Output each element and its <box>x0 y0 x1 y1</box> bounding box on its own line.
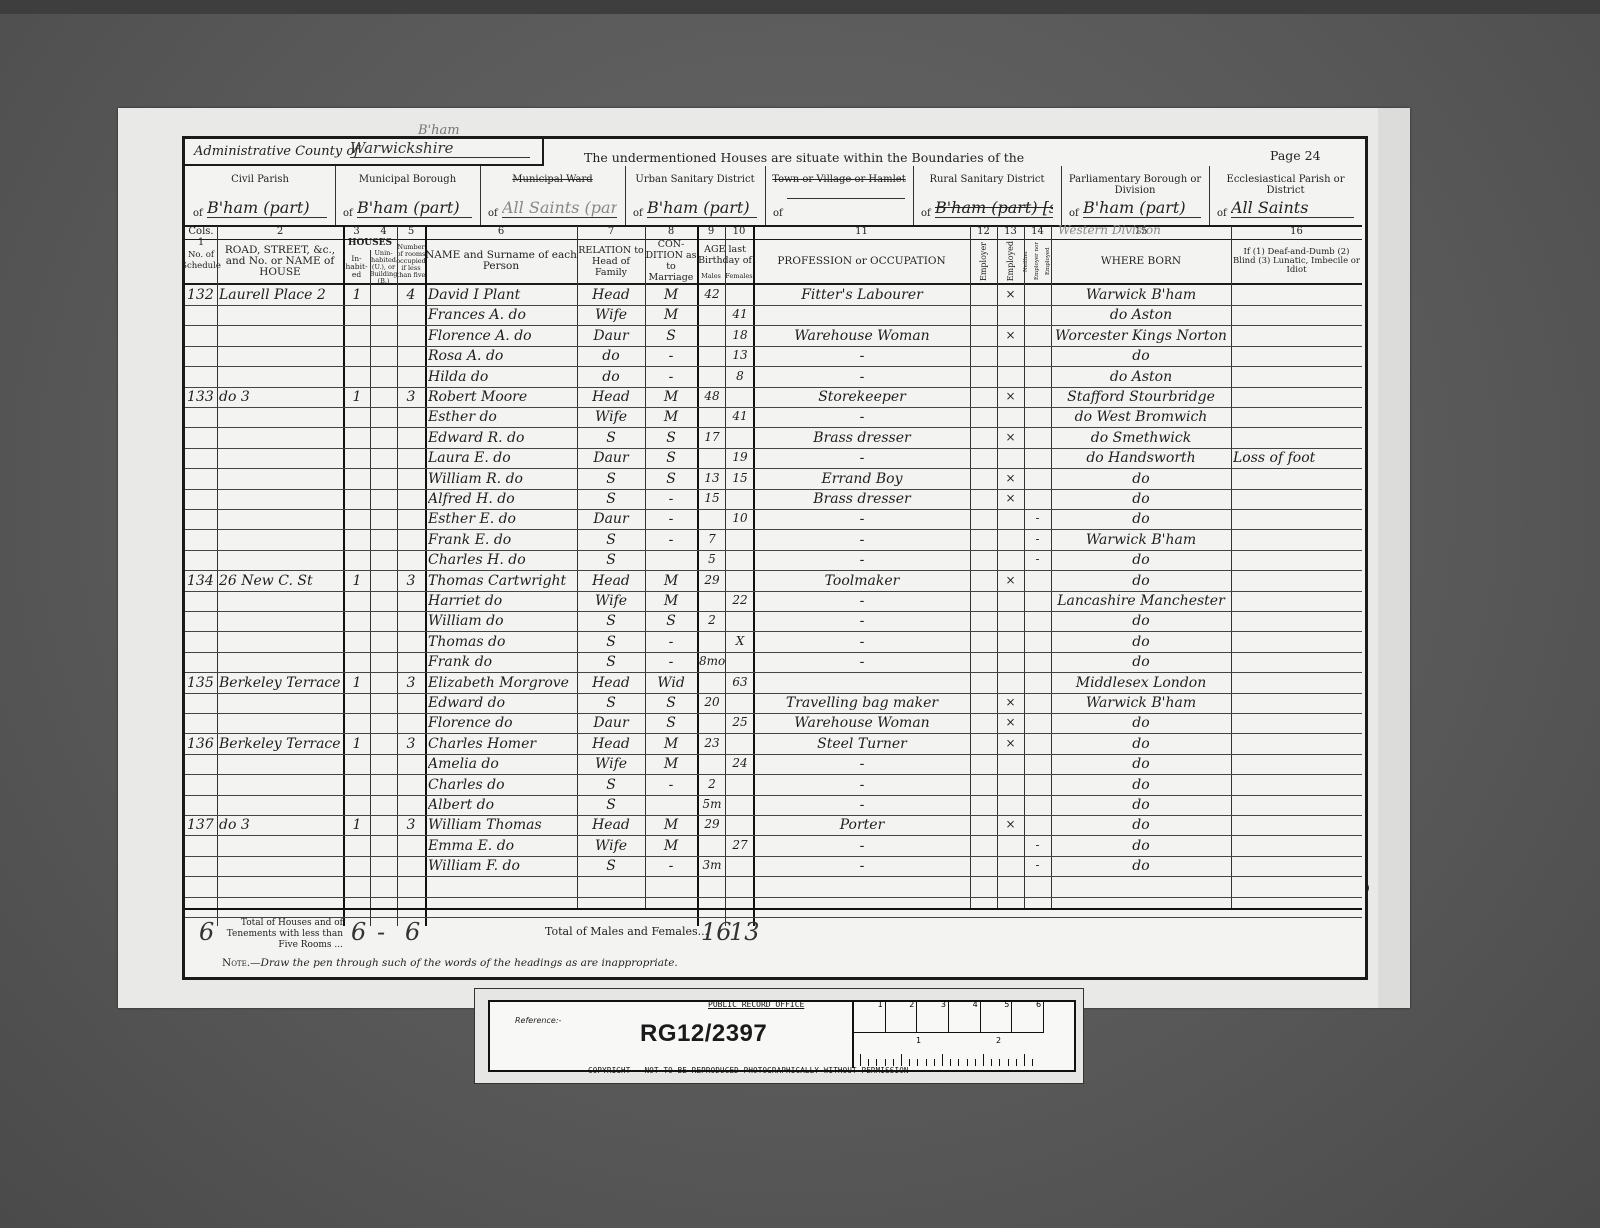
cell-born: do <box>1053 348 1229 366</box>
ruler-cm-scale: 1 2 3 4 5 6 <box>854 1000 1044 1033</box>
cell-employed: × <box>998 695 1023 713</box>
cell-neither <box>1025 675 1050 693</box>
cell-born: do <box>1053 511 1229 529</box>
cell-female-age: 27 <box>727 838 753 856</box>
scanner-top-edge <box>0 0 1600 14</box>
ruler-tick <box>885 1059 886 1066</box>
cell-male-age: 3m <box>699 858 725 876</box>
cell-condition: Wid <box>647 675 695 693</box>
cell-schedule <box>187 430 217 448</box>
cell-schedule <box>187 777 217 795</box>
cell-occupation: - <box>756 409 968 427</box>
cell-employed <box>998 593 1023 611</box>
cell-schedule <box>187 715 217 733</box>
cell-condition: M <box>647 389 695 407</box>
table-row: Edward R. doSS17Brass dresser×do Smethwi… <box>185 428 1362 449</box>
cell-infirmity <box>1233 817 1360 835</box>
cell-rooms <box>399 777 423 795</box>
total-males: 16 <box>701 918 732 946</box>
colnum-5: 5 <box>397 226 425 238</box>
cell-occupation: Warehouse Woman <box>756 715 968 733</box>
county-label: Administrative County of <box>194 144 359 159</box>
cell-male-age <box>699 511 725 529</box>
cell-employer <box>971 634 996 652</box>
colnum-8: 8 <box>645 226 697 238</box>
cell-employer <box>971 348 996 366</box>
table-row: Esther E. doDaur-10--do <box>185 509 1362 530</box>
cell-infirmity <box>1233 491 1360 509</box>
cell-occupation: - <box>756 838 968 856</box>
cell-inhab: 1 <box>345 817 369 835</box>
cell-female-age <box>727 817 753 835</box>
cell-neither <box>1025 879 1050 897</box>
cell-born: do <box>1053 715 1229 733</box>
cell-male-age <box>699 715 725 733</box>
ruler-tick <box>1032 1059 1033 1066</box>
cell-employer <box>971 552 996 570</box>
cell-female-age: 8 <box>727 369 753 387</box>
cell-schedule <box>187 328 217 346</box>
cell-male-age: 48 <box>699 389 725 407</box>
cell-schedule: 134 <box>187 573 217 591</box>
cell-born: Middlesex London <box>1053 675 1229 693</box>
cell-occupation: Porter <box>756 817 968 835</box>
table-row <box>185 877 1362 898</box>
cell-employer <box>971 450 996 468</box>
cell-name: Rosa A. do <box>428 348 576 366</box>
cell-uninhab <box>372 511 396 529</box>
cell-inhab <box>345 307 369 325</box>
cell-neither <box>1025 287 1050 305</box>
cell-infirmity <box>1233 797 1360 815</box>
cell-road <box>219 879 341 897</box>
cell-infirmity <box>1233 430 1360 448</box>
cell-road <box>219 369 341 387</box>
cell-occupation: - <box>756 797 968 815</box>
cell-employed <box>998 613 1023 631</box>
table-row: Emma E. doWifeM27--do <box>185 836 1362 857</box>
cell-road <box>219 471 341 489</box>
cell-born: do <box>1053 858 1229 876</box>
cell-born: do Aston <box>1053 369 1229 387</box>
cell-rooms <box>399 532 423 550</box>
cell-inhab <box>345 532 369 550</box>
cell-occupation: Brass dresser <box>756 430 968 448</box>
cell-schedule: 135 <box>187 675 217 693</box>
cell-relation: Daur <box>579 450 643 468</box>
cell-relation: do <box>579 348 643 366</box>
cell-neither: - <box>1025 552 1050 570</box>
ruler-tick <box>991 1059 992 1066</box>
cell-condition: S <box>647 715 695 733</box>
totals-row: 6 Total of Houses and of Tenements with … <box>185 908 1362 956</box>
cell-schedule <box>187 797 217 815</box>
cell-inhab <box>345 695 369 713</box>
ruler-tick <box>917 1059 918 1066</box>
cell-employer <box>971 532 996 550</box>
district-town-village: Town or Village or Hamlet of <box>765 166 914 226</box>
cell-born: Worcester Kings Norton <box>1053 328 1229 346</box>
cell-inhab <box>345 328 369 346</box>
colhead-name: NAME and Surname of each Person <box>425 240 577 282</box>
colhead-rooms: Number of rooms occupied if less than fi… <box>397 240 425 282</box>
cell-born: Stafford Stourbridge <box>1053 389 1229 407</box>
cell-uninhab <box>372 491 396 509</box>
district-municipal-ward: Municipal Ward of All Saints (part) <box>480 166 626 226</box>
cell-name: Albert do <box>428 797 576 815</box>
ruler-tick <box>942 1054 943 1066</box>
cell-employer <box>971 471 996 489</box>
cell-occupation: Warehouse Woman <box>756 328 968 346</box>
cell-infirmity <box>1233 858 1360 876</box>
cell-infirmity <box>1233 369 1360 387</box>
cell-condition: - <box>647 634 695 652</box>
cell-female-age <box>727 552 753 570</box>
cell-relation: Wife <box>579 838 643 856</box>
cell-rooms <box>399 348 423 366</box>
cell-born: do <box>1053 552 1229 570</box>
cell-name: Robert Moore <box>428 389 576 407</box>
cell-born: do Smethwick <box>1053 430 1229 448</box>
cell-infirmity <box>1233 348 1360 366</box>
cell-rooms: 3 <box>399 389 423 407</box>
cell-male-age <box>699 307 725 325</box>
cell-employed <box>998 532 1023 550</box>
cell-male-age: 17 <box>699 430 725 448</box>
colhead-relation: RELATION to Head of Family <box>577 240 645 282</box>
cell-name: David I Plant <box>428 287 576 305</box>
cell-road: do 3 <box>219 817 341 835</box>
cell-inhab <box>345 450 369 468</box>
cell-male-age <box>699 675 725 693</box>
cell-infirmity <box>1233 471 1360 489</box>
cell-employer <box>971 593 996 611</box>
cell-employer <box>971 654 996 672</box>
cell-name: Frank E. do <box>428 532 576 550</box>
cell-inhab <box>345 756 369 774</box>
colnum-6: 6 <box>425 226 577 238</box>
district-municipal-borough: Municipal Borough of B'ham (part) <box>335 166 481 226</box>
colhead-houses: HOUSES <box>343 238 397 248</box>
cell-male-age: 7 <box>699 532 725 550</box>
cell-schedule <box>187 634 217 652</box>
cell-road <box>219 797 341 815</box>
ruler-tick <box>901 1054 902 1066</box>
cell-female-age: 41 <box>727 307 753 325</box>
cell-infirmity <box>1233 287 1360 305</box>
cell-female-age: 10 <box>727 511 753 529</box>
cell-occupation: - <box>756 634 968 652</box>
cell-rooms: 3 <box>399 736 423 754</box>
ruler-tick <box>876 1059 877 1066</box>
cell-name: Charles do <box>428 777 576 795</box>
cell-employed: × <box>998 491 1023 509</box>
table-row: Laura E. doDaurS19-do HandsworthLoss of … <box>185 448 1362 469</box>
cell-female-age <box>727 797 753 815</box>
cell-neither <box>1025 573 1050 591</box>
cell-name: Emma E. do <box>428 838 576 856</box>
colhead-uninhabited: Unin-habited (U.), or Building (B.) <box>370 252 397 282</box>
cell-employer <box>971 777 996 795</box>
cell-road <box>219 511 341 529</box>
cell-occupation: - <box>756 552 968 570</box>
cell-rooms <box>399 491 423 509</box>
boundaries-banner: The undermentioned Houses are situate wi… <box>584 150 1024 165</box>
cell-employed: × <box>998 389 1023 407</box>
cell-male-age <box>699 348 725 366</box>
cell-inhab <box>345 511 369 529</box>
cell-occupation: Steel Turner <box>756 736 968 754</box>
cell-rooms <box>399 858 423 876</box>
cell-female-age: 19 <box>727 450 753 468</box>
cell-male-age <box>699 593 725 611</box>
cell-infirmity <box>1233 307 1360 325</box>
colnum-14: 14 <box>1024 226 1051 238</box>
cell-neither <box>1025 471 1050 489</box>
cell-relation: S <box>579 777 643 795</box>
cell-employer <box>971 879 996 897</box>
cell-road <box>219 838 341 856</box>
cell-inhab: 1 <box>345 287 369 305</box>
cell-infirmity <box>1233 736 1360 754</box>
colnum-11: 11 <box>753 226 970 238</box>
cell-neither <box>1025 797 1050 815</box>
cell-name: Harriet do <box>428 593 576 611</box>
colnum-12: 12 <box>970 226 997 238</box>
cell-relation: Head <box>579 817 643 835</box>
cell-relation: S <box>579 471 643 489</box>
cell-male-age <box>699 879 725 897</box>
cell-condition: S <box>647 328 695 346</box>
cell-condition: M <box>647 756 695 774</box>
cell-relation: Head <box>579 675 643 693</box>
cell-road <box>219 777 341 795</box>
cell-occupation: - <box>756 613 968 631</box>
cell-inhab <box>345 797 369 815</box>
cell-occupation: - <box>756 858 968 876</box>
cell-name: Frank do <box>428 654 576 672</box>
colnum-7: 7 <box>577 226 645 238</box>
cell-male-age: 29 <box>699 573 725 591</box>
cell-name: William R. do <box>428 471 576 489</box>
cell-neither <box>1025 756 1050 774</box>
total-uninhabited: - <box>377 918 385 946</box>
cell-road <box>219 532 341 550</box>
cell-uninhab <box>372 777 396 795</box>
cell-male-age: 42 <box>699 287 725 305</box>
cell-inhab: 1 <box>345 389 369 407</box>
ruler-tick <box>983 1054 984 1066</box>
cell-employer <box>971 838 996 856</box>
cell-schedule <box>187 471 217 489</box>
cell-road <box>219 430 341 448</box>
cell-rooms <box>399 552 423 570</box>
table-row: Albert doS5m-do <box>185 795 1362 816</box>
cell-condition: S <box>647 613 695 631</box>
cell-condition: - <box>647 348 695 366</box>
cell-neither <box>1025 307 1050 325</box>
cell-road <box>219 695 341 713</box>
cell-rooms: 3 <box>399 573 423 591</box>
cell-condition: - <box>647 369 695 387</box>
table-row: Florence A. doDaurS18Warehouse Woman×Wor… <box>185 326 1362 347</box>
cell-female-age: 15 <box>727 471 753 489</box>
table-row: Frank doS-8mo-do <box>185 652 1362 673</box>
cell-employed <box>998 756 1023 774</box>
cell-female-age <box>727 389 753 407</box>
cell-inhab <box>345 777 369 795</box>
cell-born: Warwick B'ham <box>1053 532 1229 550</box>
cell-inhab <box>345 593 369 611</box>
cell-infirmity <box>1233 389 1360 407</box>
cell-employed: × <box>998 736 1023 754</box>
cell-condition: - <box>647 777 695 795</box>
cell-neither <box>1025 491 1050 509</box>
cell-neither: - <box>1025 858 1050 876</box>
cell-relation: S <box>579 613 643 631</box>
cell-road <box>219 593 341 611</box>
cell-road <box>219 328 341 346</box>
cell-name: Alfred H. do <box>428 491 576 509</box>
cell-female-age: 13 <box>727 348 753 366</box>
ruler-inch-scale: 1 2 <box>854 1032 1044 1068</box>
cell-employed <box>998 369 1023 387</box>
cell-female-age <box>727 858 753 876</box>
cell-uninhab <box>372 634 396 652</box>
cell-condition <box>647 797 695 815</box>
cell-relation <box>579 879 643 897</box>
cell-born: do Aston <box>1053 307 1229 325</box>
cell-schedule <box>187 409 217 427</box>
cell-uninhab <box>372 593 396 611</box>
cell-uninhab <box>372 450 396 468</box>
cell-rooms: 4 <box>399 287 423 305</box>
colhead-inhabited: In-habit-ed <box>343 252 370 282</box>
table-row: Amelia doWifeM24-do <box>185 754 1362 775</box>
cell-male-age: 29 <box>699 817 725 835</box>
cell-name: Edward do <box>428 695 576 713</box>
cell-occupation: - <box>756 450 968 468</box>
cell-infirmity <box>1233 654 1360 672</box>
cell-name: Esther do <box>428 409 576 427</box>
cell-name: Laura E. do <box>428 450 576 468</box>
cell-female-age <box>727 613 753 631</box>
cell-relation: Head <box>579 573 643 591</box>
cell-infirmity <box>1233 532 1360 550</box>
cell-employed <box>998 409 1023 427</box>
cell-road <box>219 613 341 631</box>
cell-condition: M <box>647 307 695 325</box>
table-row: 133do 313Robert MooreHeadM48Storekeeper×… <box>185 387 1362 408</box>
reference-code: RG12/2397 <box>640 1020 767 1048</box>
cell-female-age: 24 <box>727 756 753 774</box>
cell-inhab <box>345 838 369 856</box>
table-row: William R. doSS1315Errand Boy×do <box>185 469 1362 490</box>
cell-neither <box>1025 695 1050 713</box>
cell-occupation: - <box>756 777 968 795</box>
cell-inhab: 1 <box>345 675 369 693</box>
cell-rooms <box>399 593 423 611</box>
cell-neither <box>1025 389 1050 407</box>
cell-inhab <box>345 654 369 672</box>
cell-occupation: - <box>756 654 968 672</box>
cell-neither <box>1025 777 1050 795</box>
cell-name <box>428 879 576 897</box>
reference-label: Reference:- <box>515 1016 561 1025</box>
cell-male-age <box>699 450 725 468</box>
cell-rooms <box>399 797 423 815</box>
ruler-tick <box>1016 1059 1017 1066</box>
cell-born: do <box>1053 613 1229 631</box>
table-row: William F. doS-3m--do <box>185 856 1362 877</box>
cell-female-age <box>727 736 753 754</box>
cell-employed: × <box>998 430 1023 448</box>
cell-employed <box>998 634 1023 652</box>
cell-schedule: 133 <box>187 389 217 407</box>
colhead-employer: Employer <box>970 240 997 282</box>
cell-occupation: - <box>756 532 968 550</box>
cell-employer <box>971 328 996 346</box>
cell-relation: Wife <box>579 756 643 774</box>
cell-born: do <box>1053 736 1229 754</box>
ruler-tick <box>868 1059 869 1066</box>
cell-employed <box>998 838 1023 856</box>
cell-uninhab <box>372 348 396 366</box>
total-females: 13 <box>729 918 760 946</box>
table-row: Frank E. doS-7--Warwick B'ham <box>185 530 1362 551</box>
cell-occupation <box>756 879 968 897</box>
cell-rooms <box>399 328 423 346</box>
pencil-annotation-western-division: Western Division <box>1058 223 1161 237</box>
cell-born: do <box>1053 838 1229 856</box>
cell-born: do West Bromwich <box>1053 409 1229 427</box>
cell-occupation: - <box>756 369 968 387</box>
cell-schedule: 137 <box>187 817 217 835</box>
cell-condition: M <box>647 736 695 754</box>
cell-infirmity <box>1233 756 1360 774</box>
cell-condition: M <box>647 593 695 611</box>
cell-male-age: 13 <box>699 471 725 489</box>
cell-male-age: 15 <box>699 491 725 509</box>
cell-employer <box>971 307 996 325</box>
cell-uninhab <box>372 879 396 897</box>
cell-male-age: 5 <box>699 552 725 570</box>
cell-inhab: 1 <box>345 736 369 754</box>
table-row: 137do 313William ThomasHeadM29Porter×do <box>185 815 1362 836</box>
public-record-office-label: PUBLIC RECORD OFFICE <box>708 1000 804 1009</box>
cell-uninhab <box>372 838 396 856</box>
cell-occupation: Toolmaker <box>756 573 968 591</box>
colhead-occupation: PROFESSION or OCCUPATION <box>753 240 970 282</box>
cell-condition: - <box>647 511 695 529</box>
cell-employed <box>998 552 1023 570</box>
cell-inhab <box>345 552 369 570</box>
cell-female-age <box>727 532 753 550</box>
cell-infirmity <box>1233 634 1360 652</box>
cell-occupation: Brass dresser <box>756 491 968 509</box>
cell-rooms <box>399 695 423 713</box>
cell-name: Amelia do <box>428 756 576 774</box>
cell-born: do <box>1053 756 1229 774</box>
cell-occupation <box>756 307 968 325</box>
copyright-notice: COPYRIGHT - NOT TO BE REPRODUCED PHOTOGR… <box>588 1066 909 1075</box>
cell-condition: - <box>647 532 695 550</box>
cell-employed <box>998 511 1023 529</box>
cell-relation: S <box>579 532 643 550</box>
ruler-tick <box>958 1059 959 1066</box>
cell-road <box>219 409 341 427</box>
cell-female-age: 41 <box>727 409 753 427</box>
